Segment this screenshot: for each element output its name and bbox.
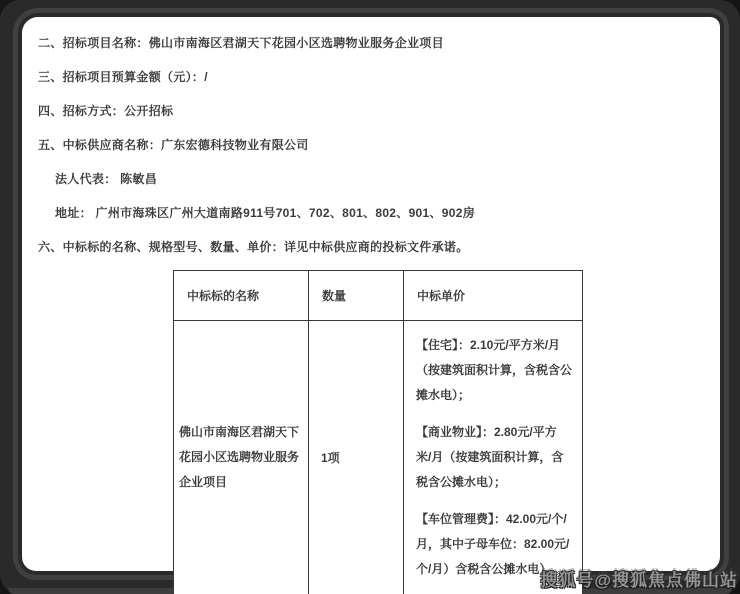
document-page: 二、招标项目名称：佛山市南海区君湖天下花园小区选聘物业服务企业项目 三、招标项目… bbox=[22, 17, 720, 571]
table-header-row: 中标标的名称 数量 中标单价 bbox=[174, 271, 583, 321]
item-winner: 五、中标供应商名称：广东宏德科技物业有限公司 bbox=[38, 128, 704, 162]
cell-project-name: 佛山市南海区君湖天下花园小区选聘物业服务企业项目 bbox=[174, 321, 309, 594]
bid-result-table: 中标标的名称 数量 中标单价 佛山市南海区君湖天下花园小区选聘物业服务企业项目 … bbox=[173, 270, 583, 594]
col-header-subject: 中标标的名称 bbox=[174, 271, 309, 321]
item-project-name: 二、招标项目名称：佛山市南海区君湖天下花园小区选聘物业服务企业项目 bbox=[38, 26, 704, 60]
document-body: 二、招标项目名称：佛山市南海区君湖天下花园小区选聘物业服务企业项目 三、招标项目… bbox=[38, 26, 704, 264]
item-method: 四、招标方式：公开招标 bbox=[38, 94, 704, 128]
item-bid-details: 六、中标标的名称、规格型号、数量、单价：详见中标供应商的投标文件承诺。 bbox=[38, 230, 704, 264]
cell-quantity: 1项 bbox=[309, 321, 404, 594]
sohu-watermark: 搜狐号@搜狐焦点佛山站 bbox=[540, 566, 738, 591]
price-residential: 【住宅】：2.10元/平方米/月（按建筑面积计算，含税含公摊水电）； bbox=[416, 333, 572, 408]
item-legal-rep: 法人代表： 陈敏昌 bbox=[38, 162, 704, 196]
col-header-unit-price: 中标单价 bbox=[404, 271, 583, 321]
cell-unit-price: 【住宅】：2.10元/平方米/月（按建筑面积计算，含税含公摊水电）； 【商业物业… bbox=[404, 321, 583, 594]
item-budget: 三、招标项目预算金额（元）：/ bbox=[38, 60, 704, 94]
table-row: 佛山市南海区君湖天下花园小区选聘物业服务企业项目 1项 【住宅】：2.10元/平… bbox=[174, 321, 583, 594]
item-address: 地址： 广州市海珠区广州大道南路911号701、702、801、802、901、… bbox=[38, 196, 704, 230]
price-commercial: 【商业物业】：2.80元/平方米/月（按建筑面积计算，含税含公摊水电）； bbox=[416, 420, 572, 495]
col-header-quantity: 数量 bbox=[309, 271, 404, 321]
